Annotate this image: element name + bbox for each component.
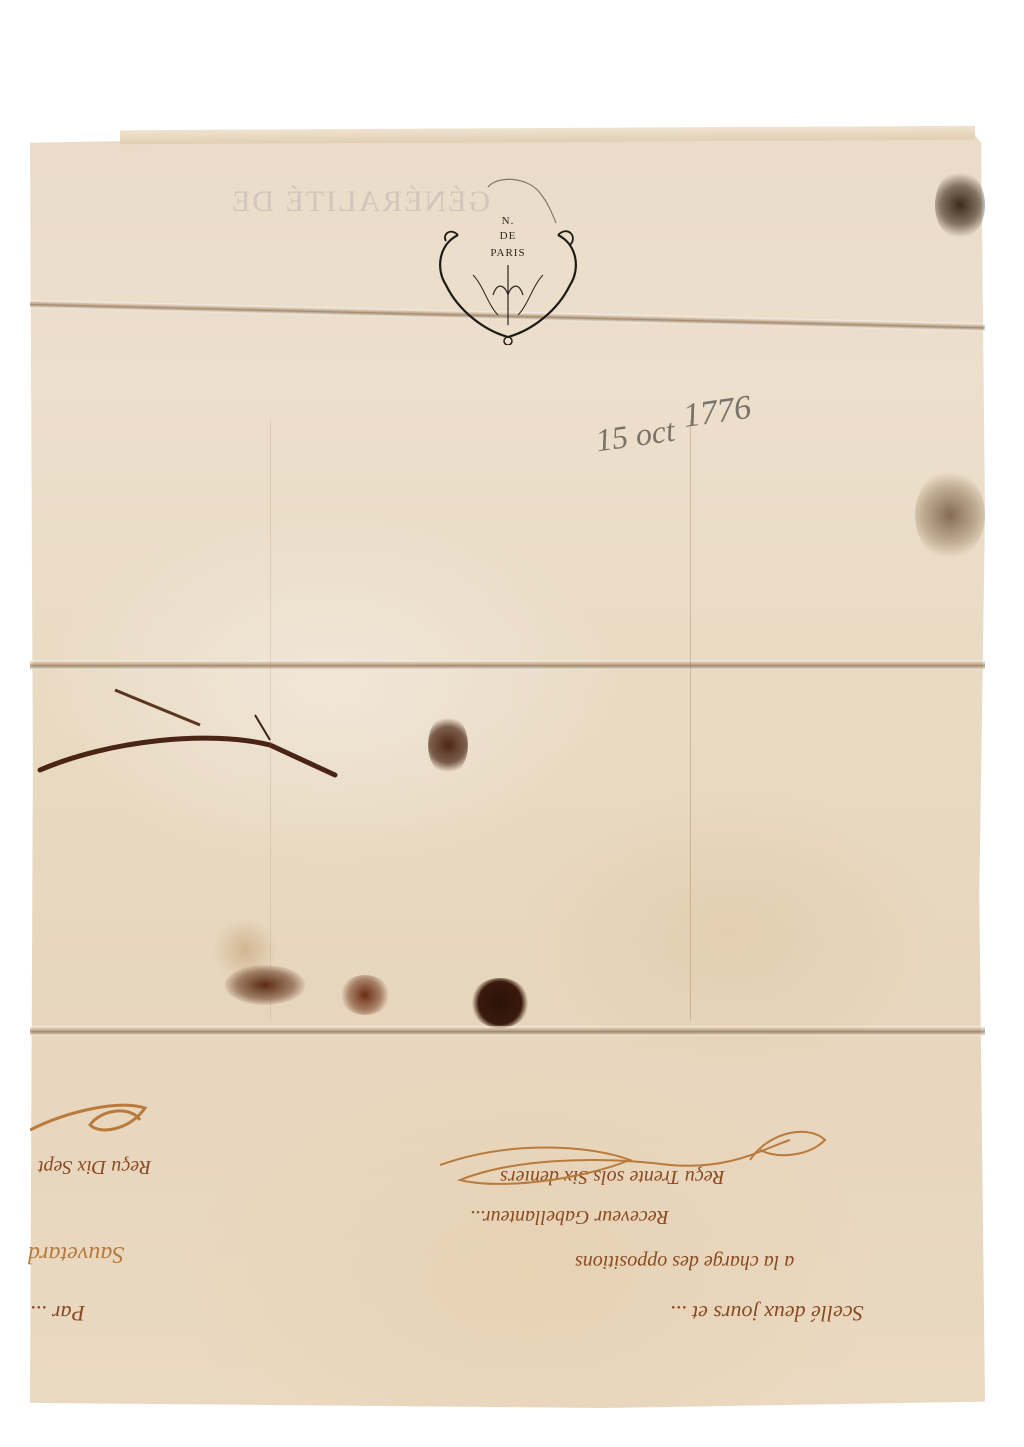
paris-stamp: N. DE PARIS: [428, 175, 588, 345]
stamp-label-city: PARIS: [428, 247, 588, 259]
pencil-year: 1776: [681, 389, 754, 436]
inscription-line: Reçu Dix Sept: [38, 1155, 151, 1178]
stain-right-middle: [915, 470, 985, 560]
left-flourish: [30, 1090, 170, 1150]
inscription-line: Par ...: [30, 1300, 85, 1326]
quill-scratch-mark: [30, 670, 360, 790]
stain-top-right: [935, 170, 985, 240]
vertical-crease: [270, 420, 271, 1020]
fold-line-bottom: [30, 1026, 985, 1036]
fold-line-middle: [30, 660, 985, 670]
pencil-day-month: 15 oct: [594, 412, 677, 460]
stain-blob-lower: [470, 978, 530, 1028]
vertical-crease: [690, 420, 691, 1020]
inscription-line: Sauvetard: [28, 1240, 124, 1267]
stain-lower-mid: [340, 975, 390, 1015]
inscription-line: Scellé deux jours et ...: [670, 1300, 864, 1326]
stamp-label-de: DE: [428, 230, 588, 242]
stamp-label-number: N.: [428, 215, 588, 227]
inscription-line: a la charge des oppositions: [575, 1250, 794, 1273]
signature-flourish: [430, 1120, 850, 1210]
stain-center: [428, 715, 468, 775]
stamp-cartouche-icon: [428, 175, 588, 345]
